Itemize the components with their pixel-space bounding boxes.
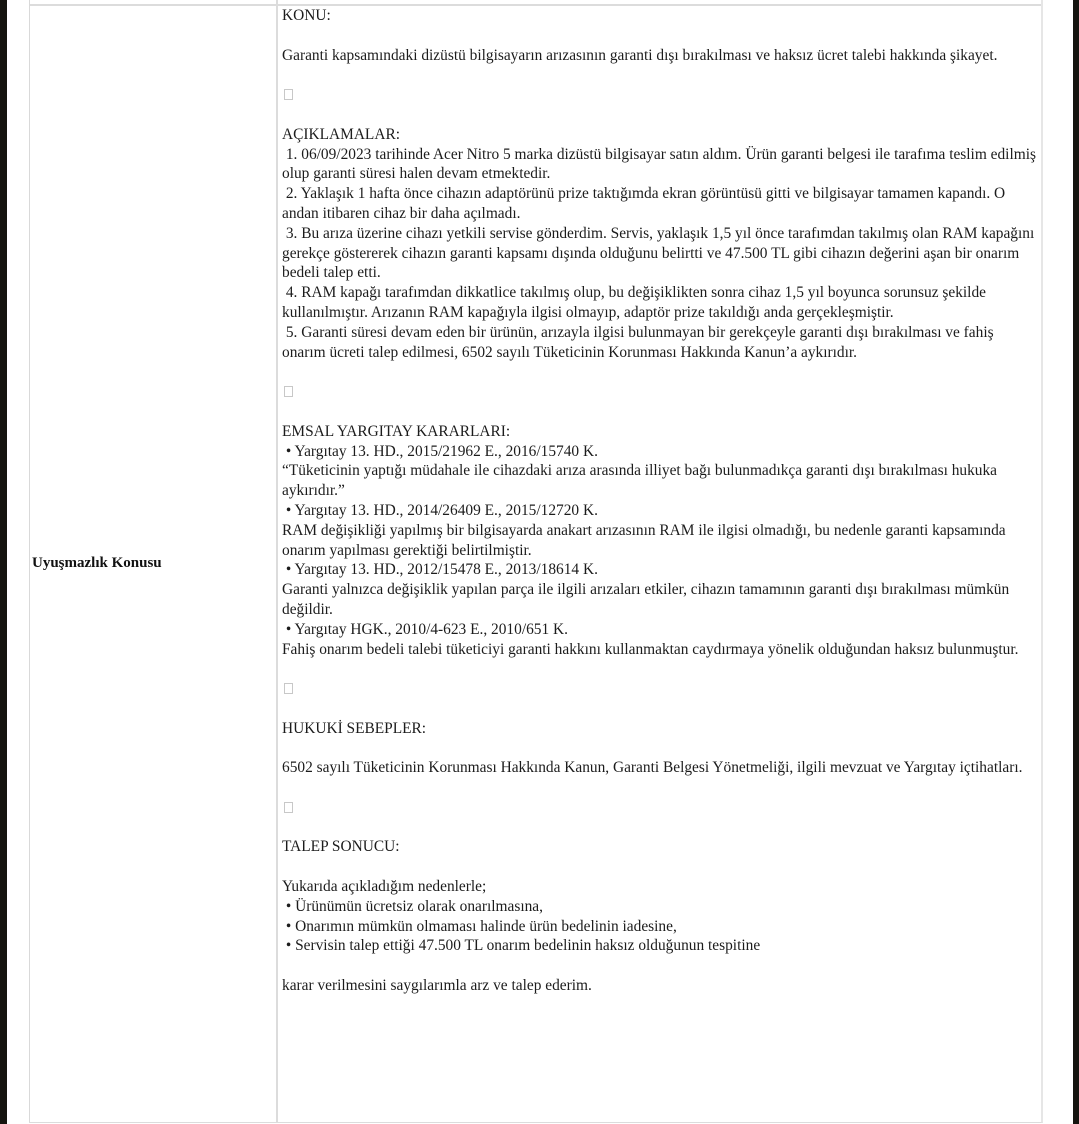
empty-box-icon bbox=[284, 802, 293, 813]
talep-item: • Onarımın mümkün olmaması halinde ürün … bbox=[282, 917, 1038, 937]
decision-summary: RAM değişikliği yapılmış bir bilgisayard… bbox=[282, 521, 1038, 561]
section-talep-sonucu: TALEP SONUCU: Yukarıda açıkladığım neden… bbox=[282, 837, 1038, 995]
section-heading-talep: TALEP SONUCU: bbox=[282, 837, 1038, 857]
talep-item: • Ürünümün ücretsiz olarak onarılmasına, bbox=[282, 897, 1038, 917]
aciklama-item: 2. Yaklaşık 1 hafta önce cihazın adaptör… bbox=[282, 184, 1038, 224]
konu-text: Garanti kapsamındaki dizüstü bilgisayarı… bbox=[282, 46, 1038, 66]
empty-box-icon bbox=[284, 386, 293, 397]
section-aciklamalar: AÇIKLAMALAR: 1. 06/09/2023 tarihinde Ace… bbox=[282, 125, 1038, 422]
aciklama-item: 1. 06/09/2023 tarihinde Acer Nitro 5 mar… bbox=[282, 145, 1038, 185]
row-label-cell: Uyuşmazlık Konusu bbox=[29, 0, 278, 1123]
decision-summary: Garanti yalnızca değişiklik yapılan parç… bbox=[282, 580, 1038, 620]
aciklama-item: 5. Garanti süresi devam eden bir ürünün,… bbox=[282, 323, 1038, 363]
decision-citation: • Yargıtay 13. HD., 2012/15478 E., 2013/… bbox=[282, 560, 1038, 580]
section-heading-emsal: EMSAL YARGITAY KARARLARI: bbox=[282, 422, 1038, 442]
section-konu: KONU: Garanti kapsamındaki dizüstü bilgi… bbox=[282, 6, 1038, 125]
aciklama-item: 4. RAM kapağı tarafımdan dikkatlice takı… bbox=[282, 283, 1038, 323]
decision-citation: • Yargıtay 13. HD., 2014/26409 E., 2015/… bbox=[282, 501, 1038, 521]
talep-closing: karar verilmesini saygılarımla arz ve ta… bbox=[282, 976, 1038, 996]
talep-item: • Servisin talep ettiği 47.500 TL onarım… bbox=[282, 936, 1038, 956]
complaint-document: KONU: Garanti kapsamındaki dizüstü bilgi… bbox=[282, 6, 1038, 996]
decision-summary: “Tüketicinin yaptığı müdahale ile cihazd… bbox=[282, 461, 1038, 501]
section-heading-konu: KONU: bbox=[282, 6, 1038, 26]
empty-box-icon bbox=[284, 683, 293, 694]
screen-edge-left bbox=[0, 0, 7, 1124]
talep-intro: Yukarıda açıkladığım nedenlerle; bbox=[282, 877, 1038, 897]
section-heading-hukuki: HUKUKİ SEBEPLER: bbox=[282, 719, 1038, 739]
row-label: Uyuşmazlık Konusu bbox=[32, 555, 162, 572]
decision-summary: Fahiş onarım bedeli talebi tüketiciyi ga… bbox=[282, 640, 1038, 660]
row-content-cell: KONU: Garanti kapsamındaki dizüstü bilgi… bbox=[278, 0, 1043, 1123]
decision-citation: • Yargıtay HGK., 2010/4-623 E., 2010/651… bbox=[282, 620, 1038, 640]
screen-edge-right bbox=[1073, 0, 1079, 1124]
hukuki-text: 6502 sayılı Tüketicinin Korunması Hakkın… bbox=[282, 758, 1038, 778]
aciklama-item: 3. Bu arıza üzerine cihazı yetkili servi… bbox=[282, 224, 1038, 283]
section-heading-aciklamalar: AÇIKLAMALAR: bbox=[282, 125, 1038, 145]
section-hukuki-sebepler: HUKUKİ SEBEPLER: 6502 sayılı Tüketicinin… bbox=[282, 719, 1038, 838]
decision-citation: • Yargıtay 13. HD., 2015/21962 E., 2016/… bbox=[282, 442, 1038, 462]
empty-box-icon bbox=[284, 89, 293, 100]
section-emsal-kararlar: EMSAL YARGITAY KARARLARI: • Yargıtay 13.… bbox=[282, 422, 1038, 719]
